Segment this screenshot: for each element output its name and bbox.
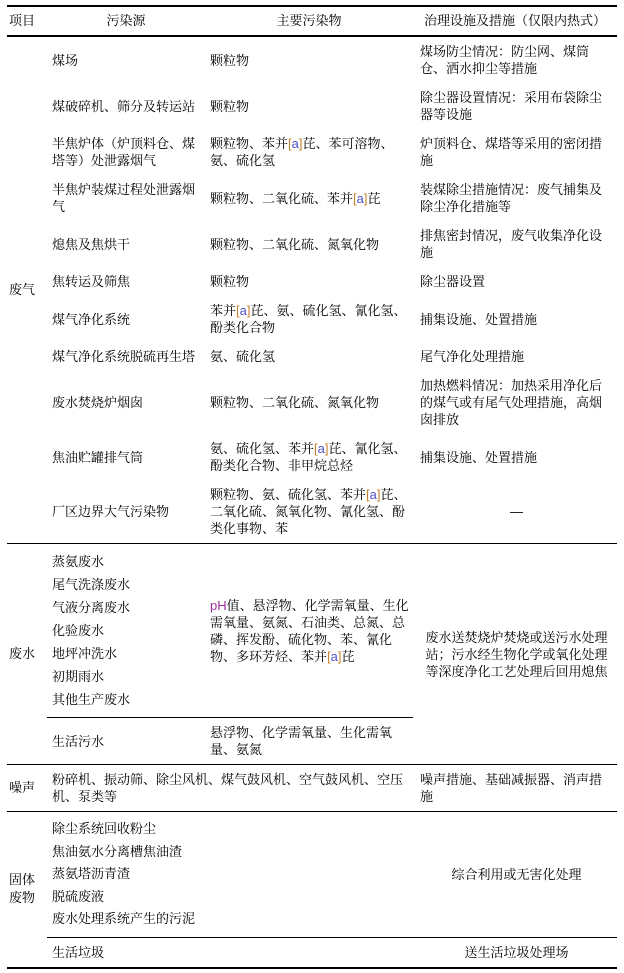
- pollutants-cell: pH值、悬浮物、化学需氧量、生化需氧量、氨氮、石油类、总氮、总磷、挥发酚、硫化物…: [205, 544, 413, 718]
- treatment-cell: 除尘器设置: [413, 267, 617, 296]
- category-label-noise: 噪声: [7, 765, 47, 812]
- source-cell: 熄焦及焦烘干: [47, 221, 205, 267]
- table-row: 固体废物 除尘系统回收粉尘 焦油氨水分离槽焦油渣 蒸氨塔沥青渣 脱硫废液 废水处…: [7, 812, 617, 938]
- table-row: 半焦炉体（炉顶料仓、煤塔等）处泄露烟气 颗粒物、苯并[a]芘、苯可溶物、氨、硫化…: [7, 129, 617, 175]
- category-label-waste-water: 废水: [7, 544, 47, 765]
- source-line: 蒸氨塔沥青渣: [52, 863, 409, 886]
- source-cell: 废水焚烧炉烟囱: [47, 371, 205, 434]
- pollutants-cell: 氨、硫化氢、苯并[a]芘、氰化氢、酚类化合物、非甲烷总烃: [205, 434, 413, 480]
- category-label-solid-waste: 固体废物: [7, 812, 47, 968]
- header-item: 项目: [7, 6, 47, 36]
- table-row: 焦油贮罐排气筒 氨、硫化氢、苯并[a]芘、氰化氢、酚类化合物、非甲烷总烃 捕集设…: [7, 434, 617, 480]
- pollutants-cell: 颗粒物: [205, 267, 413, 296]
- table-header: 项目 污染源 主要污染物 治理设施及措施（仅限内热式）: [7, 6, 617, 36]
- treatment-cell: 炉顶料仓、煤塔等采用的密闭措施: [413, 129, 617, 175]
- source-cell-solid-waste: 除尘系统回收粉尘 焦油氨水分离槽焦油渣 蒸氨塔沥青渣 脱硫废液 废水处理系统产生…: [47, 812, 413, 938]
- section-waste-water: 废水 蒸氨废水 尾气洗涤废水 气液分离废水 化验废水 地坪冲洗水 初期雨水 其他…: [7, 544, 617, 765]
- pollutants-cell: 悬浮物、化学需氧量、生化需氧量、氨氮: [205, 718, 413, 765]
- pollutants-cell: 颗粒物: [205, 83, 413, 129]
- treatment-cell: 除尘器设置情况：采用布袋除尘器等设施: [413, 83, 617, 129]
- treatment-cell-wastewater: 废水送焚烧炉焚烧或送污水处理站；污水经生物化学或氧化处理等深度净化工艺处理后回用…: [413, 544, 617, 765]
- treatment-cell-dash: —: [413, 480, 617, 544]
- source-line: 气液分离废水: [52, 596, 201, 619]
- pollutants-cell: 颗粒物: [205, 36, 413, 83]
- pollutants-cell: 颗粒物、氨、硫化氢、苯并[a]芘、二氧化硫、氮氧化物、氰化氢、酚类化事物、苯: [205, 480, 413, 544]
- table-row: 熄焦及焦烘干 颗粒物、二氧化硫、氮氧化物 排焦密封情况，废气收集净化设施: [7, 221, 617, 267]
- source-cell: 焦转运及筛焦: [47, 267, 205, 296]
- source-cell-noise: 粉碎机、振动筛、除尘风机、煤气鼓风机、空气鼓风机、空压机、泵类等: [47, 765, 413, 812]
- source-cell: 煤气净化系统: [47, 296, 205, 342]
- table-row: 废水 蒸氨废水 尾气洗涤废水 气液分离废水 化验废水 地坪冲洗水 初期雨水 其他…: [7, 544, 617, 718]
- category-label-waste-gas: 废气: [7, 36, 47, 544]
- header-treatment: 治理设施及措施（仅限内热式）: [413, 6, 617, 36]
- source-cell: 厂区边界大气污染物: [47, 480, 205, 544]
- table-row: 半焦炉装煤过程处泄露烟气 颗粒物、二氧化硫、苯并[a]芘 装煤除尘措施情况：废气…: [7, 175, 617, 221]
- source-cell: 煤场: [47, 36, 205, 83]
- pollution-control-table: 项目 污染源 主要污染物 治理设施及措施（仅限内热式） 废气 煤场 颗粒物 煤场…: [7, 5, 617, 969]
- table-row: 煤气净化系统 苯并[a]芘、氨、硫化氢、氰化氢、酚类化合物 捕集设施、处置措施: [7, 296, 617, 342]
- source-cell: 煤气净化系统脱硫再生塔: [47, 342, 205, 371]
- treatment-cell: 捕集设施、处置措施: [413, 296, 617, 342]
- source-cell: 焦油贮罐排气筒: [47, 434, 205, 480]
- pollutants-cell: 颗粒物、苯并[a]芘、苯可溶物、氨、硫化氢: [205, 129, 413, 175]
- source-line: 尾气洗涤废水: [52, 573, 201, 596]
- treatment-cell-garbage: 送生活垃圾处理场: [413, 937, 617, 968]
- header-pollution-source: 污染源: [47, 6, 205, 36]
- treatment-cell-noise: 噪声措施、基础减振器、消声措施: [413, 765, 617, 812]
- treatment-cell: 尾气净化处理措施: [413, 342, 617, 371]
- source-line: 焦油氨水分离槽焦油渣: [52, 841, 409, 864]
- table-row: 噪声 粉碎机、振动筛、除尘风机、煤气鼓风机、空气鼓风机、空压机、泵类等 噪声措施…: [7, 765, 617, 812]
- source-cell-garbage: 生活垃圾: [47, 937, 413, 968]
- table-row: 煤气净化系统脱硫再生塔 氨、硫化氢 尾气净化处理措施: [7, 342, 617, 371]
- header-main-pollutants: 主要污染物: [205, 6, 413, 36]
- section-noise: 噪声 粉碎机、振动筛、除尘风机、煤气鼓风机、空气鼓风机、空压机、泵类等 噪声措施…: [7, 765, 617, 812]
- section-solid-waste: 固体废物 除尘系统回收粉尘 焦油氨水分离槽焦油渣 蒸氨塔沥青渣 脱硫废液 废水处…: [7, 812, 617, 968]
- header-row: 项目 污染源 主要污染物 治理设施及措施（仅限内热式）: [7, 6, 617, 36]
- pollutants-cell: 颗粒物、二氧化硫、苯并[a]芘: [205, 175, 413, 221]
- treatment-cell: 加热燃料情况：加热采用净化后的煤气或有尾气处理措施，高烟囱排放: [413, 371, 617, 434]
- source-line: 地坪冲洗水: [52, 642, 201, 665]
- source-line: 脱硫废液: [52, 886, 409, 909]
- treatment-cell: 排焦密封情况，废气收集净化设施: [413, 221, 617, 267]
- document-page: 项目 污染源 主要污染物 治理设施及措施（仅限内热式） 废气 煤场 颗粒物 煤场…: [0, 0, 624, 973]
- table-row: 废气 煤场 颗粒物 煤场防尘情况：防尘网、煤筒仓、洒水抑尘等措施: [7, 36, 617, 83]
- source-line: 废水处理系统产生的污泥: [52, 908, 409, 931]
- table-row: 煤破碎机、筛分及转运站 颗粒物 除尘器设置情况：采用布袋除尘器等设施: [7, 83, 617, 129]
- source-line: 其他生产废水: [52, 688, 201, 711]
- pollutants-cell: 颗粒物、二氧化硫、氮氧化物: [205, 371, 413, 434]
- source-line: 化验废水: [52, 619, 201, 642]
- source-line: 蒸氨废水: [52, 550, 201, 573]
- source-line: 初期雨水: [52, 665, 201, 688]
- table-row-domestic-garbage: 生活垃圾 送生活垃圾处理场: [7, 937, 617, 968]
- treatment-cell: 装煤除尘措施情况：废气捕集及除尘净化措施等: [413, 175, 617, 221]
- treatment-cell: 捕集设施、处置措施: [413, 434, 617, 480]
- pollutants-cell: 苯并[a]芘、氨、硫化氢、氰化氢、酚类化合物: [205, 296, 413, 342]
- source-cell: 半焦炉装煤过程处泄露烟气: [47, 175, 205, 221]
- table-row: 厂区边界大气污染物 颗粒物、氨、硫化氢、苯并[a]芘、二氧化硫、氮氧化物、氰化氢…: [7, 480, 617, 544]
- treatment-cell: 煤场防尘情况：防尘网、煤筒仓、洒水抑尘等措施: [413, 36, 617, 83]
- section-waste-gas: 废气 煤场 颗粒物 煤场防尘情况：防尘网、煤筒仓、洒水抑尘等措施 煤破碎机、筛分…: [7, 36, 617, 544]
- source-cell: 半焦炉体（炉顶料仓、煤塔等）处泄露烟气: [47, 129, 205, 175]
- source-cell: 生活污水: [47, 718, 205, 765]
- source-line: 除尘系统回收粉尘: [52, 818, 409, 841]
- source-cell-process-wastewater: 蒸氨废水 尾气洗涤废水 气液分离废水 化验废水 地坪冲洗水 初期雨水 其他生产废…: [47, 544, 205, 718]
- table-row: 焦转运及筛焦 颗粒物 除尘器设置: [7, 267, 617, 296]
- source-cell: 煤破碎机、筛分及转运站: [47, 83, 205, 129]
- pollutants-cell: 颗粒物、二氧化硫、氮氧化物: [205, 221, 413, 267]
- treatment-cell-solid-waste: 综合利用或无害化处理: [413, 812, 617, 938]
- table-row: 废水焚烧炉烟囱 颗粒物、二氧化硫、氮氧化物 加热燃料情况：加热采用净化后的煤气或…: [7, 371, 617, 434]
- pollutants-cell: 氨、硫化氢: [205, 342, 413, 371]
